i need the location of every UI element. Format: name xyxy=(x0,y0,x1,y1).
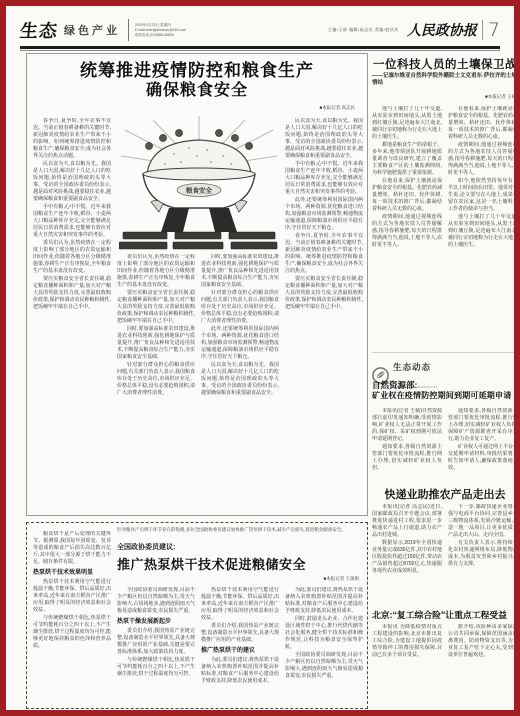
section-logo: 生态 xyxy=(19,17,60,43)
main-article-col4: 民以食为天,食以粮为先。我国是人口大国,解决好十几亿人口的吃饭问题,始终是治国理… xyxy=(285,118,363,510)
page-number: 7 xyxy=(488,19,500,41)
main-article-col1: 春争日,夏争时,全年农事不宜迟。当前正值春耕备耕的关键时节,新冠肺炎疫情给农业生… xyxy=(33,118,111,510)
beijing-brief-title: 北京:“复工综合险”让重点工程受益 xyxy=(372,608,518,621)
mining-brief-col1: 本报讯(记者 王硕)自然资源部日前印发通知明确,受疫情影响,矿业权人无法正常开展… xyxy=(372,408,442,480)
staff-line: 主编/王硕 编辑/高志民 美编/赵庆庆 xyxy=(328,27,399,33)
masthead-divider xyxy=(128,19,129,41)
express-brief-col1: 本报讯(记者 高志民)近日,国家邮政局召开专题会议,部署推进快递进村工程,要求进… xyxy=(372,504,442,602)
heat-pump-article: 针对粮食产后烘干环节存在的短板,多位全国政协委员建议加快推广热泵烘干技术,减少产… xyxy=(26,522,368,709)
issue-date: 2020年4月23日 星期四 xyxy=(135,23,171,27)
mining-brief-title-line2: 矿业权在疫情防控期间到期可延期申请 xyxy=(372,391,518,401)
main-article: 统筹推进疫情防控和粮食生产 确保粮食安全 ■本报记者 高志民 xyxy=(26,53,368,516)
heat-pump-col3: 热泵烘干技术利用空气能进行低温干燥,节能环保、烘后品质好,出米率高,近年来在南方… xyxy=(201,587,279,703)
main-headline: 统筹推进疫情防控和粮食生产 确保粮食安全 xyxy=(27,61,367,101)
mining-brief-title-line1: 自然资源部: xyxy=(372,380,518,391)
sidebar-column: 一位科技人员的土壤保卫战 ——记塞尔维亚自然科学院外籍院士文克甫东·萨拉齐的土壤… xyxy=(372,56,518,708)
soil-article-title: 一位科技人员的土壤保卫战 xyxy=(372,56,518,72)
main-byline: ■本报记者 高志民 xyxy=(320,105,355,111)
express-brief-title: 快递业助推农产品走出去 xyxy=(372,486,518,502)
soil-article-col2: 在他看来,保护土壤就是保护粮食安全的根基。化肥农药减量增效、秸秆还田、轮作休耕,… xyxy=(448,106,518,346)
heat-pump-intro: 针对粮食产后烘干环节存在的短板,多位全国政协委员建议加快推广热泵烘干技术,减少产… xyxy=(117,527,363,533)
soil-article-subtitle: ——记塞尔维亚自然科学院外籍院士文克甫东·萨拉齐的土壤情结 xyxy=(372,73,518,87)
paper-banner: 主编/王硕 编辑/高志民 美编/赵庆庆 人民政协报 7 xyxy=(328,19,500,41)
contact-phone: 联系电话:(010)88146834 xyxy=(135,33,174,37)
heat-pump-kicker: 全国政协委员建议: xyxy=(117,542,363,552)
soil-article-byline: ■本报记者 王硕 xyxy=(485,94,516,100)
express-brief-col2: 下一步,邮政快递企业将加强与电商平台协同,完善县乡村三级物流体系,发展冷链运输,… xyxy=(448,504,518,602)
mining-brief-title: 自然资源部: 矿业权在疫情防控期间到期可延期申请 xyxy=(372,380,518,401)
heat-pump-col4: 为此,委员们建议,将热泵烘干设备纳入农机购置补贴范围并提高补贴标准,对粮食产后服… xyxy=(285,587,363,703)
main-article-col3: 同时,要加强高标准农田建设,推进农业科技创新,强化耕地保护与质量提升,推广优良品… xyxy=(201,254,279,510)
main-headline-line1: 统筹推进疫情防控和粮食生产 xyxy=(27,61,367,81)
rice-bowl-illustration: 粮食安全 xyxy=(119,116,279,250)
heat-pump-byline: ■本报记者 王菡娟 xyxy=(117,576,363,582)
masthead-rule xyxy=(20,46,500,51)
masthead: 生态 绿色产业 2020年4月23日 星期四 E-mail:shengtailv… xyxy=(20,17,500,44)
heat-pump-title: 推广热泵烘干技术促进粮储安全 xyxy=(117,554,363,573)
masthead-info: 2020年4月23日 星期四 E-mail:shengtailvchan@163… xyxy=(135,23,186,38)
eco-news-label: 生态动态 xyxy=(393,362,431,372)
soil-article-col1: 他与土壤打了几十年交道,从实验室到田间地头,从黑土地到红壤丘陵,足迹遍布大江南北… xyxy=(372,106,442,346)
mining-brief-col2: 通知要求,各级自然资源主管部门要优化审批流程,推行网上办理,切实减轻矿业权人负担… xyxy=(448,408,518,480)
heat-pump-col1: 粮食烘干是产后处理的关键环节。据测算,我国每年因霉变、发芽等造成的粮食产后损失高… xyxy=(33,531,111,703)
page-number-divider xyxy=(482,20,483,40)
beijing-brief-col2: 据介绍,该险种由多家保险公司共同承保,保障范围涵盖隔离费用、防疫物资支出等,为企… xyxy=(448,624,518,706)
main-article-col2: 委员们认为,虽然疫情在一定程度上影响了部分地区的农资运输和田间作业,但随着各地分… xyxy=(117,254,195,510)
section-name: 绿色产业 xyxy=(64,22,120,38)
newspaper-page: 生态 绿色产业 2020年4月23日 星期四 E-mail:shengtailv… xyxy=(0,0,520,716)
bowl-label: 粮食安全 xyxy=(186,186,213,195)
heat-pump-col2: 全国政协委员调研发现,目前不少产粮区仍以自然晾晒为主,受天气影响大,占用场地多,… xyxy=(117,587,195,703)
paper-name: 人民政协报 xyxy=(407,20,477,40)
beijing-brief-col1: 本报讯 为降低疫情对重点工程建设的影响,北京市推出复工综合险,为建设工地提供因疫… xyxy=(372,624,442,706)
main-headline-line2: 确保粮食安全 xyxy=(27,81,367,101)
rice-bowl-drawing: 粮食安全 xyxy=(119,116,279,250)
heat-pump-header: 针对粮食产后烘干环节存在的短板,多位全国政协委员建议加快推广热泵烘干技术,减少产… xyxy=(117,527,363,582)
section-banner: 生态 绿色产业 2020年4月23日 星期四 E-mail:shengtailv… xyxy=(20,17,186,43)
contact-email: E-mail:shengtailvchan@163.com xyxy=(135,28,186,32)
